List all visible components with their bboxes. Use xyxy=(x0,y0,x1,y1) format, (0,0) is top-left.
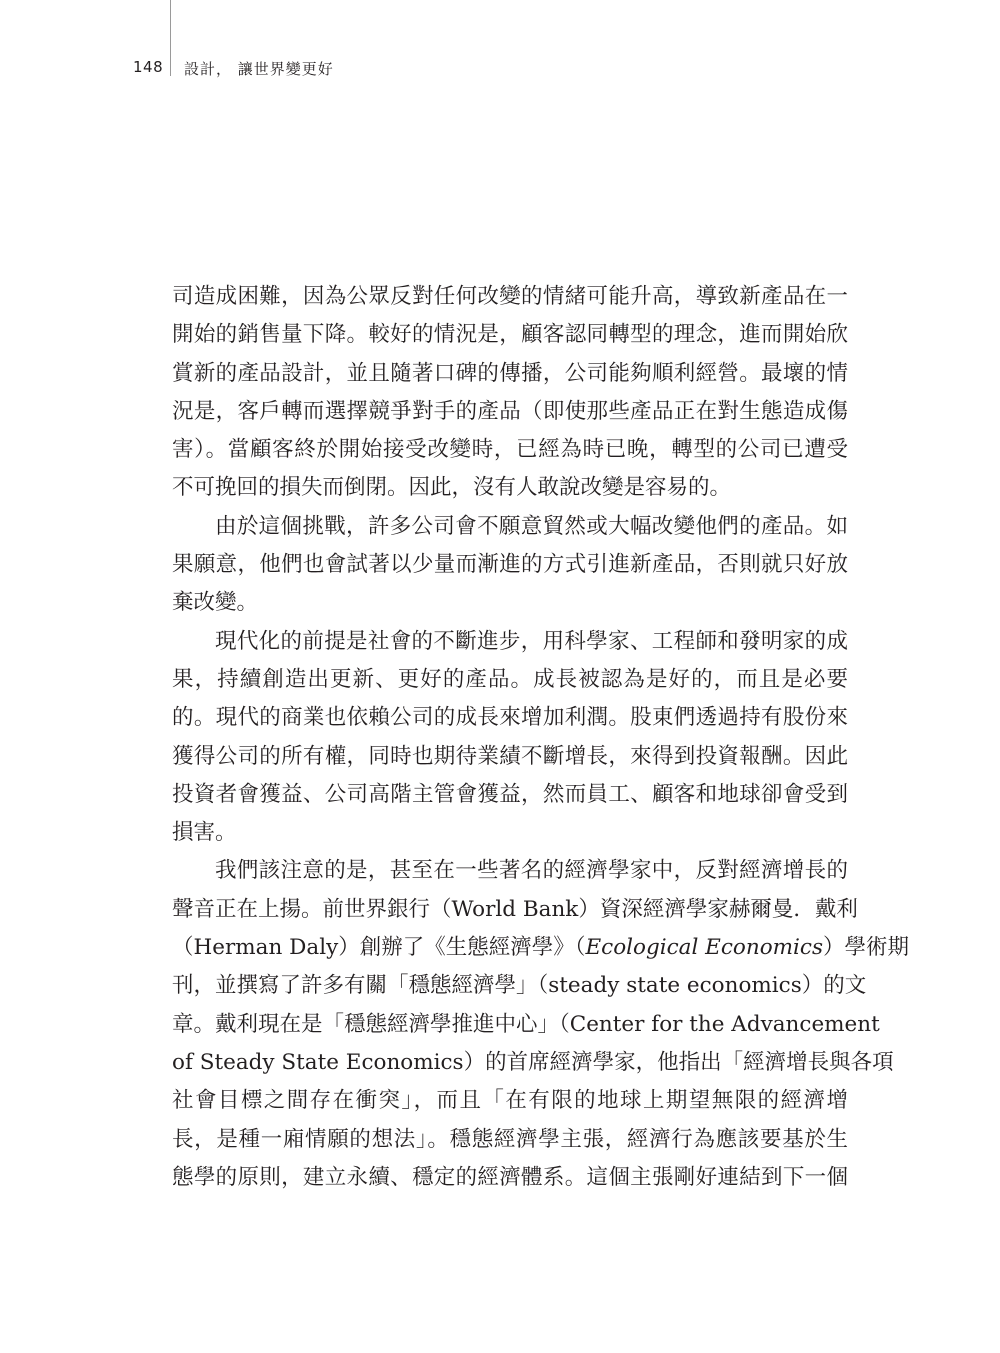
text-line: 投資者會獲益、公司高階主管會獲益，然而員工、顧客和地球卻會受到 xyxy=(172,776,848,814)
text-line: 況是，客戶轉而選擇競爭對手的產品（即使那些產品正在對生態造成傷 xyxy=(172,393,848,431)
text-line: 不可挽回的損失而倒閉。因此，沒有人敢說改變是容易的。 xyxy=(172,469,848,507)
text-line: 的。現代的商業也依賴公司的成長來增加利潤。股東們透過持有股份來 xyxy=(172,699,848,737)
text-line: 獲得公司的所有權，同時也期待業績不斷增長，來得到投資報酬。因此 xyxy=(172,738,848,776)
text-line: 章。戴利現在是「穩態經濟學推進中心」（Center for the Advanc… xyxy=(172,1006,848,1044)
paragraph-1: 司造成困難，因為公眾反對任何改變的情緒可能升高，導致新產品在一 開始的銷售量下降… xyxy=(172,278,848,508)
text-segment: （Herman Daly）創辦了《生態經濟學》（ xyxy=(172,935,585,960)
running-header: 148 設計， 讓世界變更好 xyxy=(0,56,1000,82)
text-line: 司造成困難，因為公眾反對任何改變的情緒可能升高，導致新產品在一 xyxy=(172,278,848,316)
page-number: 148 xyxy=(133,58,163,76)
text-line: 聲音正在上揚。前世界銀行（World Bank）資深經濟學家赫爾曼．戴利 xyxy=(172,891,848,929)
paragraph-2: 由於這個挑戰，許多公司會不願意貿然或大幅改變他們的產品。如 果願意，他們也會試著… xyxy=(172,508,848,623)
text-line: 害）。當顧客終於開始接受改變時，已經為時已晚，轉型的公司已遭受 xyxy=(172,431,848,469)
text-line: 態學的原則，建立永續、穩定的經濟體系。這個主張剛好連結到下一個 xyxy=(172,1159,848,1197)
text-line: 賞新的產品設計，並且隨著口碑的傳播，公司能夠順利經營。最壞的情 xyxy=(172,355,848,393)
text-line: 現代化的前提是社會的不斷進步，用科學家、工程師和發明家的成 xyxy=(172,623,848,661)
paragraph-4: 我們該注意的是，甚至在一些著名的經濟學家中，反對經濟增長的 聲音正在上揚。前世界… xyxy=(172,852,848,1197)
text-line: of Steady State Economics）的首席經濟學家，他指出「經濟… xyxy=(172,1044,848,1082)
text-line: 損害。 xyxy=(172,814,848,852)
text-line: 棄改變。 xyxy=(172,584,848,622)
text-line: 社會目標之間存在衝突」，而且「在有限的地球上期望無限的經濟增 xyxy=(172,1082,848,1120)
text-segment: ）學術期 xyxy=(823,935,909,960)
journal-title-italic: Ecological Economics xyxy=(585,935,823,960)
text-line: 刊，並撰寫了許多有關「穩態經濟學」（steady state economics… xyxy=(172,967,848,1005)
text-line: 我們該注意的是，甚至在一些著名的經濟學家中，反對經濟增長的 xyxy=(172,852,848,890)
text-line: 由於這個挑戰，許多公司會不願意貿然或大幅改變他們的產品。如 xyxy=(172,508,848,546)
text-line: 長，是種一廂情願的想法」。穩態經濟學主張，經濟行為應該要基於生 xyxy=(172,1121,848,1159)
paragraph-3: 現代化的前提是社會的不斷進步，用科學家、工程師和發明家的成 果，持續創造出更新、… xyxy=(172,623,848,853)
text-line: （Herman Daly）創辦了《生態經濟學》（Ecological Econo… xyxy=(172,929,848,967)
text-line: 開始的銷售量下降。較好的情況是，顧客認同轉型的理念，進而開始欣 xyxy=(172,316,848,354)
running-title: 設計， 讓世界變更好 xyxy=(184,58,334,79)
text-line: 果願意，他們也會試著以少量而漸進的方式引進新產品，否則就只好放 xyxy=(172,546,848,584)
text-line: 果，持續創造出更新、更好的產品。成長被認為是好的，而且是必要 xyxy=(172,661,848,699)
body-text: 司造成困難，因為公眾反對任何改變的情緒可能升高，導致新產品在一 開始的銷售量下降… xyxy=(172,278,848,1197)
